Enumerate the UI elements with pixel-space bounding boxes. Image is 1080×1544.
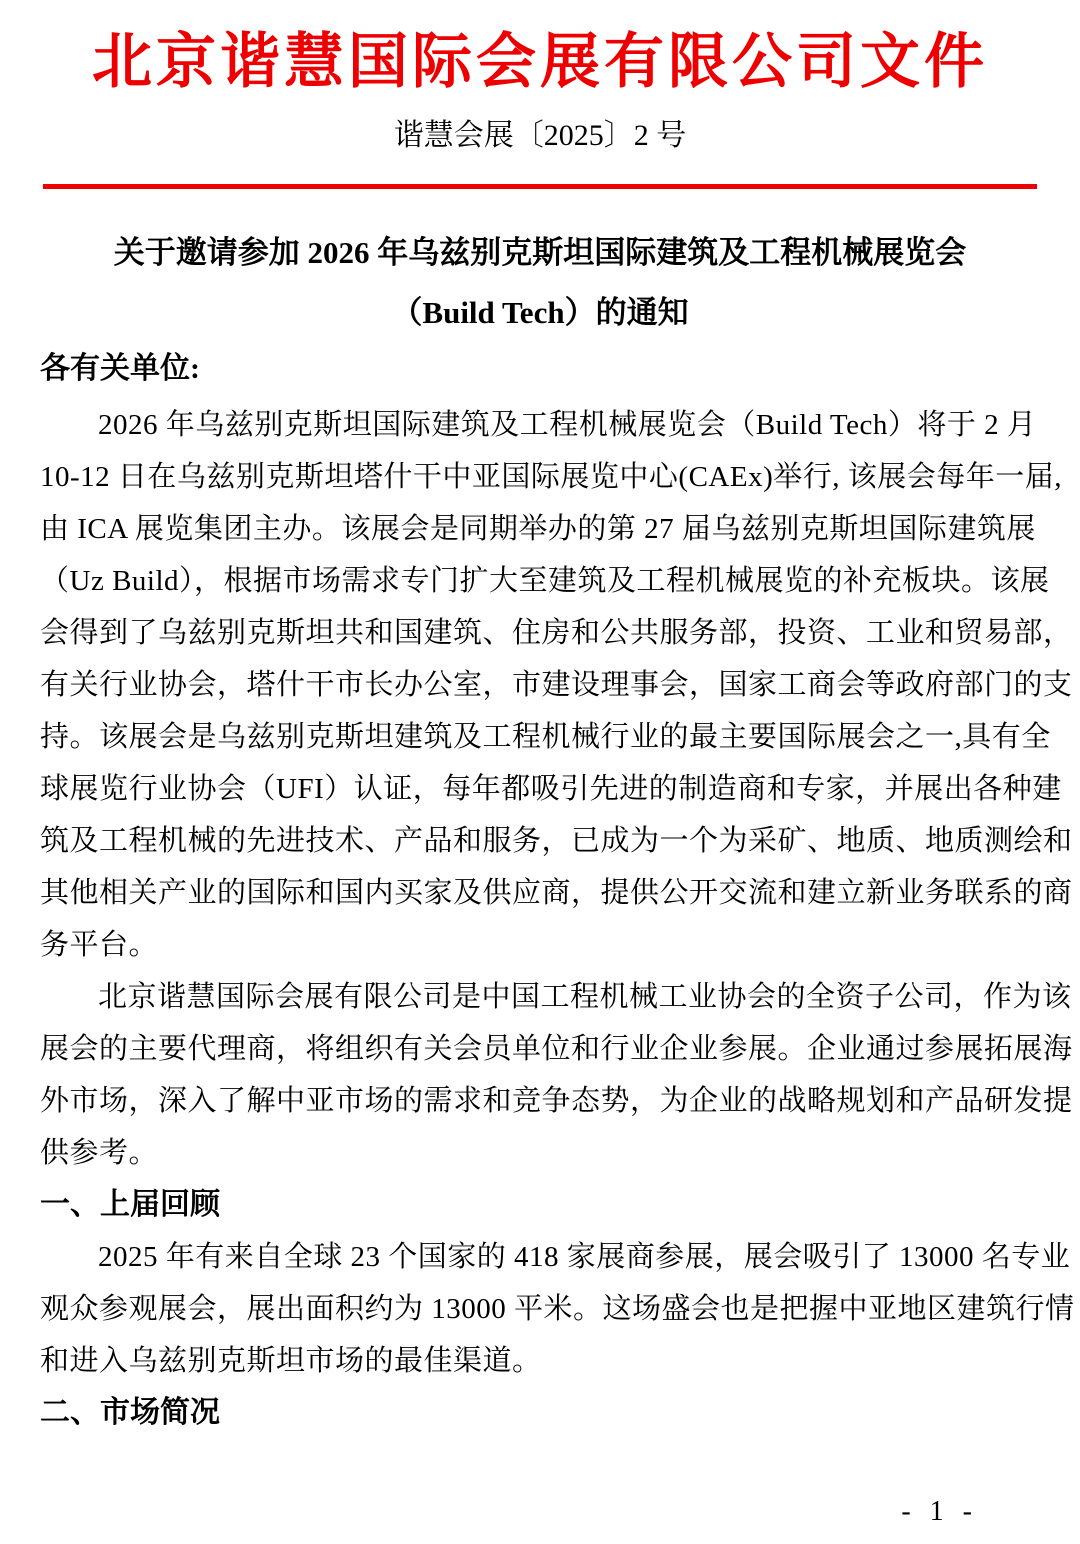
document-number: 谐慧会展〔2025〕2 号 bbox=[40, 114, 1040, 158]
body-line: 2025 年有来自全球 23 个国家的 418 家展商参展，展会吸引了 1300… bbox=[40, 1231, 1040, 1283]
body-line: 筑及工程机械的先进技术、产品和服务，已成为一个为采矿、地质、地质测绘和 bbox=[40, 815, 1040, 867]
page-number: - 1 - bbox=[901, 1496, 978, 1528]
body-line: 北京谐慧国际会展有限公司是中国工程机械工业协会的全资子公司，作为该 bbox=[40, 971, 1040, 1023]
paragraph: 北京谐慧国际会展有限公司是中国工程机械工业协会的全资子公司，作为该展会的主要代理… bbox=[40, 971, 1040, 1179]
body-line: 有关行业协会，塔什干市长办公室，市建设理事会，国家工商会等政府部门的支 bbox=[40, 659, 1040, 711]
subject-title-line-1: 关于邀请参加 2026 年乌兹别克斯坦国际建筑及工程机械展览会 bbox=[40, 223, 1040, 283]
section-heading: 二、市场简况 bbox=[40, 1387, 1040, 1439]
body-line: 展会的主要代理商，将组织有关会员单位和行业企业参展。企业通过参展拓展海 bbox=[40, 1023, 1040, 1075]
paragraph: 2025 年有来自全球 23 个国家的 418 家展商参展，展会吸引了 1300… bbox=[40, 1231, 1040, 1387]
body-line: 外市场，深入了解中亚市场的需求和竞争态势，为企业的战略规划和产品研发提 bbox=[40, 1075, 1040, 1127]
subject-title: 关于邀请参加 2026 年乌兹别克斯坦国际建筑及工程机械展览会 （Build T… bbox=[40, 223, 1040, 343]
body-content: 2026 年乌兹别克斯坦国际建筑及工程机械展览会（Build Tech）将于 2… bbox=[40, 399, 1040, 1439]
document-page: { "colors": { "accent_red": "#ee0000" },… bbox=[0, 0, 1080, 1544]
body-line: 10-12 日在乌兹别克斯坦塔什干中亚国际展览中心(CAEx)举行, 该展会每年… bbox=[40, 451, 1040, 503]
body-line: 和进入乌兹别克斯坦市场的最佳渠道。 bbox=[40, 1335, 1040, 1387]
salutation: 各有关单位: bbox=[40, 343, 1040, 395]
paragraph: 2026 年乌兹别克斯坦国际建筑及工程机械展览会（Build Tech）将于 2… bbox=[40, 399, 1040, 971]
body-line: 其他相关产业的国际和国内买家及供应商，提供公开交流和建立新业务联系的商 bbox=[40, 867, 1040, 919]
body-line: 持。该展会是乌兹别克斯坦建筑及工程机械行业的最主要国际展会之一,具有全 bbox=[40, 711, 1040, 763]
body-line: 球展览行业协会（UFI）认证，每年都吸引先进的制造商和专家，并展出各种建 bbox=[40, 763, 1040, 815]
body-line: 务平台。 bbox=[40, 919, 1040, 971]
subject-title-line-2: （Build Tech）的通知 bbox=[40, 283, 1040, 343]
body-line: （Uz Build），根据市场需求专门扩大至建筑及工程机械展览的补充板块。该展 bbox=[40, 555, 1040, 607]
body-line: 2026 年乌兹别克斯坦国际建筑及工程机械展览会（Build Tech）将于 2… bbox=[40, 399, 1040, 451]
body-line: 观众参观展会，展出面积约为 13000 平米。这场盛会也是把握中亚地区建筑行情 bbox=[40, 1283, 1040, 1335]
body-line: 供参考。 bbox=[40, 1127, 1040, 1179]
letterhead-org-title: 北京谐慧国际会展有限公司文件 bbox=[40, 22, 1040, 102]
body-line: 由 ICA 展览集团主办。该展会是同期举办的第 27 届乌兹别克斯坦国际建筑展 bbox=[40, 503, 1040, 555]
red-divider-rule bbox=[43, 184, 1037, 189]
body-line: 会得到了乌兹别克斯坦共和国建筑、住房和公共服务部，投资、工业和贸易部， bbox=[40, 607, 1040, 659]
section-heading: 一、上届回顾 bbox=[40, 1179, 1040, 1231]
document-body: 北京谐慧国际会展有限公司文件 谐慧会展〔2025〕2 号 关于邀请参加 2026… bbox=[0, 22, 1080, 1439]
